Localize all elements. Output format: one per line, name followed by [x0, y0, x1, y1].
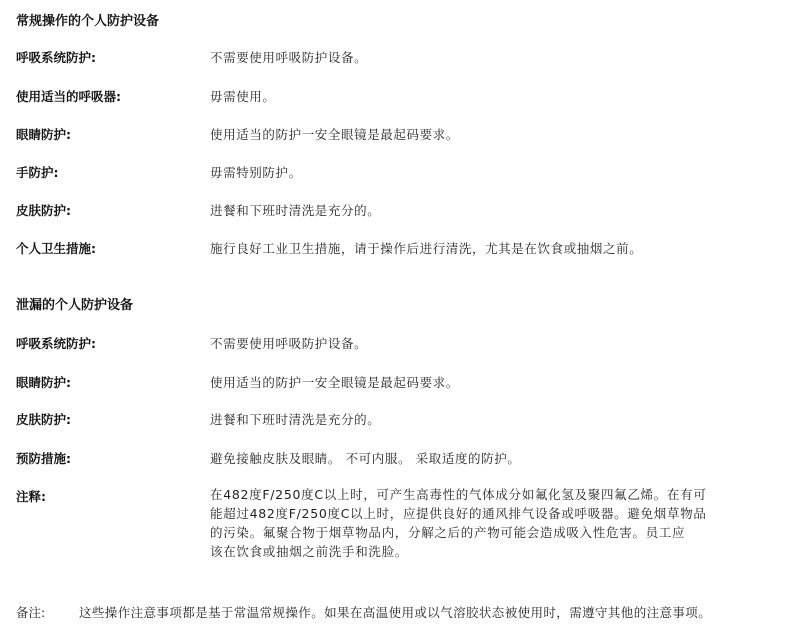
row-label: 个人卫生措施: — [16, 239, 96, 257]
notes-line: 该在饮食或抽烟之前洗手和洗脸。 — [210, 542, 780, 561]
row-label: 呼吸系统防护: — [16, 48, 96, 66]
row-value: 毋需使用。 — [210, 87, 276, 105]
row-label: 呼吸系统防护: — [16, 334, 96, 352]
notes-text: 在482度F/250度C以上时，可产生高毒性的气体成分如氟化氢及聚四氟乙烯。在有… — [210, 485, 780, 561]
row-label: 预防措施: — [16, 449, 71, 467]
row-label: 手防护: — [16, 163, 59, 181]
footer-text: 这些操作注意事项都是基于常温常规操作。如果在高温使用或以气溶胶状态被使用时，需遵… — [79, 603, 711, 621]
row-label: 皮肤防护: — [16, 201, 71, 219]
section-normal-title: 常规操作的个人防护设备 — [16, 10, 159, 29]
row-label: 眼睛防护: — [16, 373, 71, 391]
row-value: 使用适当的防护一安全眼镜是最起码要求。 — [210, 125, 459, 143]
row-value: 不需要使用呼吸防护设备。 — [210, 334, 367, 352]
row-value: 不需要使用呼吸防护设备。 — [210, 48, 367, 66]
section-spill-title: 泄漏的个人防护设备 — [16, 294, 133, 313]
footer-label: 备注: — [16, 603, 45, 621]
row-value: 避免接触皮肤及眼睛。 不可内服。 采取适度的防护。 — [210, 449, 520, 467]
row-label: 皮肤防护: — [16, 410, 71, 428]
row-value: 施行良好工业卫生措施，请于操作后进行清洗，尤其是在饮食或抽烟之前。 — [210, 239, 642, 257]
notes-label: 注释: — [16, 487, 46, 505]
row-value: 进餐和下班时清洗是充分的。 — [210, 201, 380, 219]
notes-line: 能超过482度F/250度C以上时，应提供良好的通风排气设备或呼吸器。避免烟草物… — [210, 504, 780, 523]
row-value: 使用适当的防护一安全眼镜是最起码要求。 — [210, 373, 459, 391]
row-value: 进餐和下班时清洗是充分的。 — [210, 410, 380, 428]
notes-line: 的污染。氟聚合物于烟草物品内，分解之后的产物可能会造成吸入性危害。员工应 — [210, 523, 780, 542]
notes-line: 在482度F/250度C以上时，可产生高毒性的气体成分如氟化氢及聚四氟乙烯。在有… — [210, 485, 780, 504]
row-label: 使用适当的呼吸器: — [16, 87, 121, 105]
row-value: 毋需特别防护。 — [210, 163, 302, 181]
row-label: 眼睛防护: — [16, 125, 71, 143]
